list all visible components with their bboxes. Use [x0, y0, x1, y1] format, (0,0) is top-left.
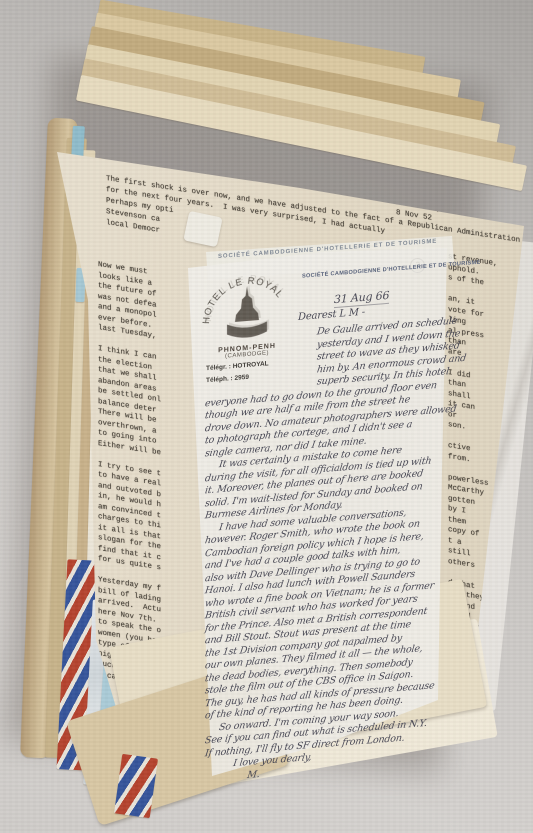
typed-left-column: Now we mustlooks like athe future ofwas … — [98, 260, 161, 689]
handwritten-salutation: Dearest L M - — [298, 307, 365, 323]
handwritten-body: De Gaulle arrived on scheduleyesterday a… — [204, 317, 442, 786]
photograph-of-letter-stack: STOCKTON COLLEGESTOCKTON, CALIFORNIA 924… — [0, 0, 533, 833]
handwritten-letter-content: HOTEL LE ROYAL PHNOM-PENH (CAMBODGE) Tél… — [196, 247, 442, 771]
stupa-icon — [235, 285, 259, 322]
handwritten-date: 31 Aug 66 — [334, 289, 389, 308]
